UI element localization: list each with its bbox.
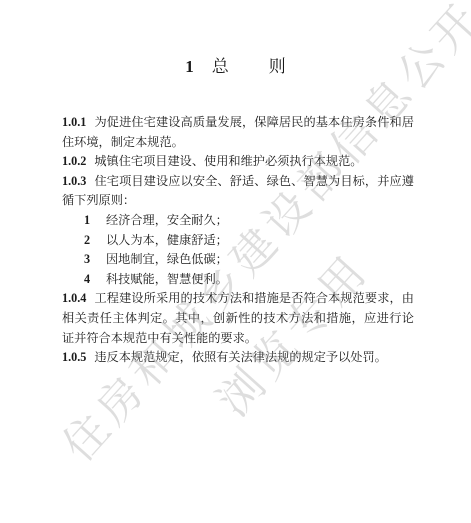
principle-number: 4 [84, 270, 106, 290]
clause-number: 1.0.5 [62, 350, 86, 364]
principle-number: 3 [84, 250, 106, 270]
clause-number: 1.0.2 [62, 154, 86, 168]
principle-text: 以人为本，健康舒适； [106, 233, 228, 247]
chapter-body: 1.0.1为促进住宅建设高质量发展，保障居民的基本住房条件和居住环境，制定本规范… [62, 113, 414, 368]
clause-number: 1.0.4 [62, 291, 86, 305]
clause-text: 为促进住宅建设高质量发展，保障居民的基本住房条件和居住环境，制定本规范。 [62, 115, 414, 149]
principle-text: 经济合理，安全耐久； [106, 213, 228, 227]
chapter-title: 1总则 [0, 52, 471, 77]
clause-1-0-3: 1.0.3住宅项目建设应以安全、舒适、绿色、智慧为目标，并应遵循下列原则： [62, 172, 414, 211]
clause-number: 1.0.3 [62, 174, 86, 188]
clause-1-0-1: 1.0.1为促进住宅建设高质量发展，保障居民的基本住房条件和居住环境，制定本规范… [62, 113, 414, 152]
principle-text: 因地制宜，绿色低碳； [106, 252, 228, 266]
principle-text: 科技赋能，智慧便利。 [106, 272, 228, 286]
chapter-title-char-1: 总 [212, 57, 229, 77]
clause-text: 住宅项目建设应以安全、舒适、绿色、智慧为目标，并应遵循下列原则： [62, 174, 414, 208]
chapter-number: 1 [185, 57, 194, 76]
principle-number: 2 [84, 231, 106, 251]
principle-item: 4科技赋能，智慧便利。 [62, 270, 414, 290]
document-page: 1总则 1.0.1为促进住宅建设高质量发展，保障居民的基本住房条件和居住环境，制… [0, 0, 471, 523]
clause-1-0-2: 1.0.2城镇住宅项目建设、使用和维护必须执行本规范。 [62, 152, 414, 172]
clause-text: 城镇住宅项目建设、使用和维护必须执行本规范。 [94, 154, 362, 168]
clause-number: 1.0.1 [62, 115, 86, 129]
principle-number: 1 [84, 211, 106, 231]
clause-text: 工程建设所采用的技术方法和措施是否符合本规范要求，由相关责任主体判定。其中，创新… [62, 291, 414, 344]
clause-text: 违反本规范规定，依照有关法律法规的规定予以处罚。 [94, 350, 387, 364]
principle-item: 2以人为本，健康舒适； [62, 231, 414, 251]
clause-1-0-5: 1.0.5违反本规范规定，依照有关法律法规的规定予以处罚。 [62, 348, 414, 368]
principle-item: 1经济合理，安全耐久； [62, 211, 414, 231]
chapter-title-char-2: 则 [269, 57, 286, 77]
clause-1-0-4: 1.0.4工程建设所采用的技术方法和措施是否符合本规范要求，由相关责任主体判定。… [62, 289, 414, 348]
principle-item: 3因地制宜，绿色低碳； [62, 250, 414, 270]
